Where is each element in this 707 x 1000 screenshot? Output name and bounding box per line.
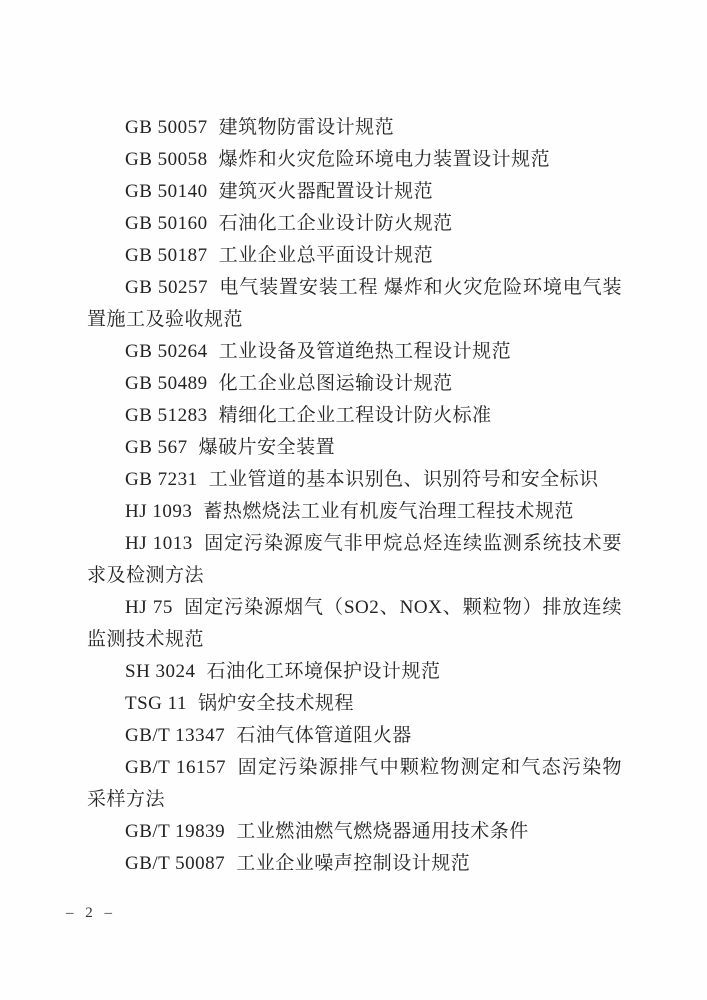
standard-title: 锅炉安全技术规程 — [198, 693, 354, 714]
standard-entry: TSG 11锅炉安全技术规程 — [87, 688, 622, 720]
standard-title: 建筑灭火器配置设计规范 — [219, 181, 434, 202]
standard-title: 石油化工企业设计防火规范 — [219, 213, 453, 234]
standard-code: GB 50489 — [125, 373, 208, 394]
page-number: – 2 – — [66, 905, 116, 922]
standard-entry: GB 50264工业设备及管道绝热工程设计规范 — [87, 336, 622, 368]
standard-title: 爆破片安全装置 — [199, 437, 336, 458]
standard-code: GB 567 — [125, 437, 188, 458]
standard-entry: GB/T 50087工业企业噪声控制设计规范 — [87, 848, 622, 880]
standard-code: HJ 1093 — [125, 501, 192, 522]
standard-code: GB 50257 — [125, 277, 208, 298]
standard-code: GB 50264 — [125, 341, 208, 362]
standard-title: 石油气体管道阻火器 — [236, 725, 412, 746]
standard-entry: GB 50057建筑物防雷设计规范 — [87, 112, 622, 144]
standard-entry: GB 50058爆炸和火灾危险环境电力装置设计规范 — [87, 144, 622, 176]
standard-entry: HJ 1013固定污染源废气非甲烷总烃连续监测系统技术要求及检测方法 — [87, 528, 622, 592]
standard-title: 工业燃油燃气燃烧器通用技术条件 — [236, 821, 529, 842]
standard-entry: HJ 1093蓄热燃烧法工业有机废气治理工程技术规范 — [87, 496, 622, 528]
standard-entry: GB/T 16157固定污染源排气中颗粒物测定和气态污染物采样方法 — [87, 752, 622, 816]
standard-entry: GB/T 13347石油气体管道阻火器 — [87, 720, 622, 752]
standard-code: GB 51283 — [125, 405, 208, 426]
standard-title: 石油化工环境保护设计规范 — [207, 661, 441, 682]
standard-entry: GB 50140建筑灭火器配置设计规范 — [87, 176, 622, 208]
standard-code: TSG 11 — [125, 693, 187, 714]
standard-code: GB 50187 — [125, 245, 208, 266]
standard-code: HJ 75 — [125, 597, 173, 618]
standard-title: 化工企业总图运输设计规范 — [219, 373, 453, 394]
standard-code: GB/T 19839 — [125, 821, 225, 842]
standard-entry: HJ 75固定污染源烟气（SO2、NOX、颗粒物）排放连续监测技术规范 — [87, 592, 622, 656]
standard-entry: SH 3024石油化工环境保护设计规范 — [87, 656, 622, 688]
standard-title: 建筑物防雷设计规范 — [219, 117, 395, 138]
standard-code: GB 7231 — [125, 469, 198, 490]
standards-entries-container: GB 50057建筑物防雷设计规范 GB 50058爆炸和火灾危险环境电力装置设… — [87, 112, 622, 880]
standard-title: 精细化工企业工程设计防火标准 — [219, 405, 492, 426]
standard-code: GB/T 50087 — [125, 853, 225, 874]
standard-code: GB/T 13347 — [125, 725, 225, 746]
standard-entry: GB 50257电气装置安装工程 爆炸和火灾危险环境电气装置施工及验收规范 — [87, 272, 622, 336]
standard-title: 工业企业噪声控制设计规范 — [236, 853, 470, 874]
standard-entry: GB 50187工业企业总平面设计规范 — [87, 240, 622, 272]
standard-title: 工业设备及管道绝热工程设计规范 — [219, 341, 512, 362]
standard-entry: GB 7231工业管道的基本识别色、识别符号和安全标识 — [87, 464, 622, 496]
standard-code: GB 50160 — [125, 213, 208, 234]
standard-title: 蓄热燃烧法工业有机废气治理工程技术规范 — [203, 501, 574, 522]
standard-code: GB 50058 — [125, 149, 208, 170]
standard-title: 爆炸和火灾危险环境电力装置设计规范 — [219, 149, 551, 170]
document-page: GB 50057建筑物防雷设计规范 GB 50058爆炸和火灾危险环境电力装置设… — [0, 0, 707, 1000]
standard-title: 工业企业总平面设计规范 — [219, 245, 434, 266]
standard-code: HJ 1013 — [125, 533, 193, 554]
standard-code: SH 3024 — [125, 661, 196, 682]
standard-entry: GB 51283精细化工企业工程设计防火标准 — [87, 400, 622, 432]
standard-entry: GB 50489化工企业总图运输设计规范 — [87, 368, 622, 400]
standard-code: GB 50057 — [125, 117, 208, 138]
standard-code: GB 50140 — [125, 181, 208, 202]
standard-code: GB/T 16157 — [125, 757, 226, 778]
standard-title: 工业管道的基本识别色、识别符号和安全标识 — [209, 469, 599, 490]
standard-entry: GB/T 19839工业燃油燃气燃烧器通用技术条件 — [87, 816, 622, 848]
standards-list: GB 50057建筑物防雷设计规范 GB 50058爆炸和火灾危险环境电力装置设… — [87, 112, 622, 880]
standard-entry: GB 567爆破片安全装置 — [87, 432, 622, 464]
standard-entry: GB 50160石油化工企业设计防火规范 — [87, 208, 622, 240]
